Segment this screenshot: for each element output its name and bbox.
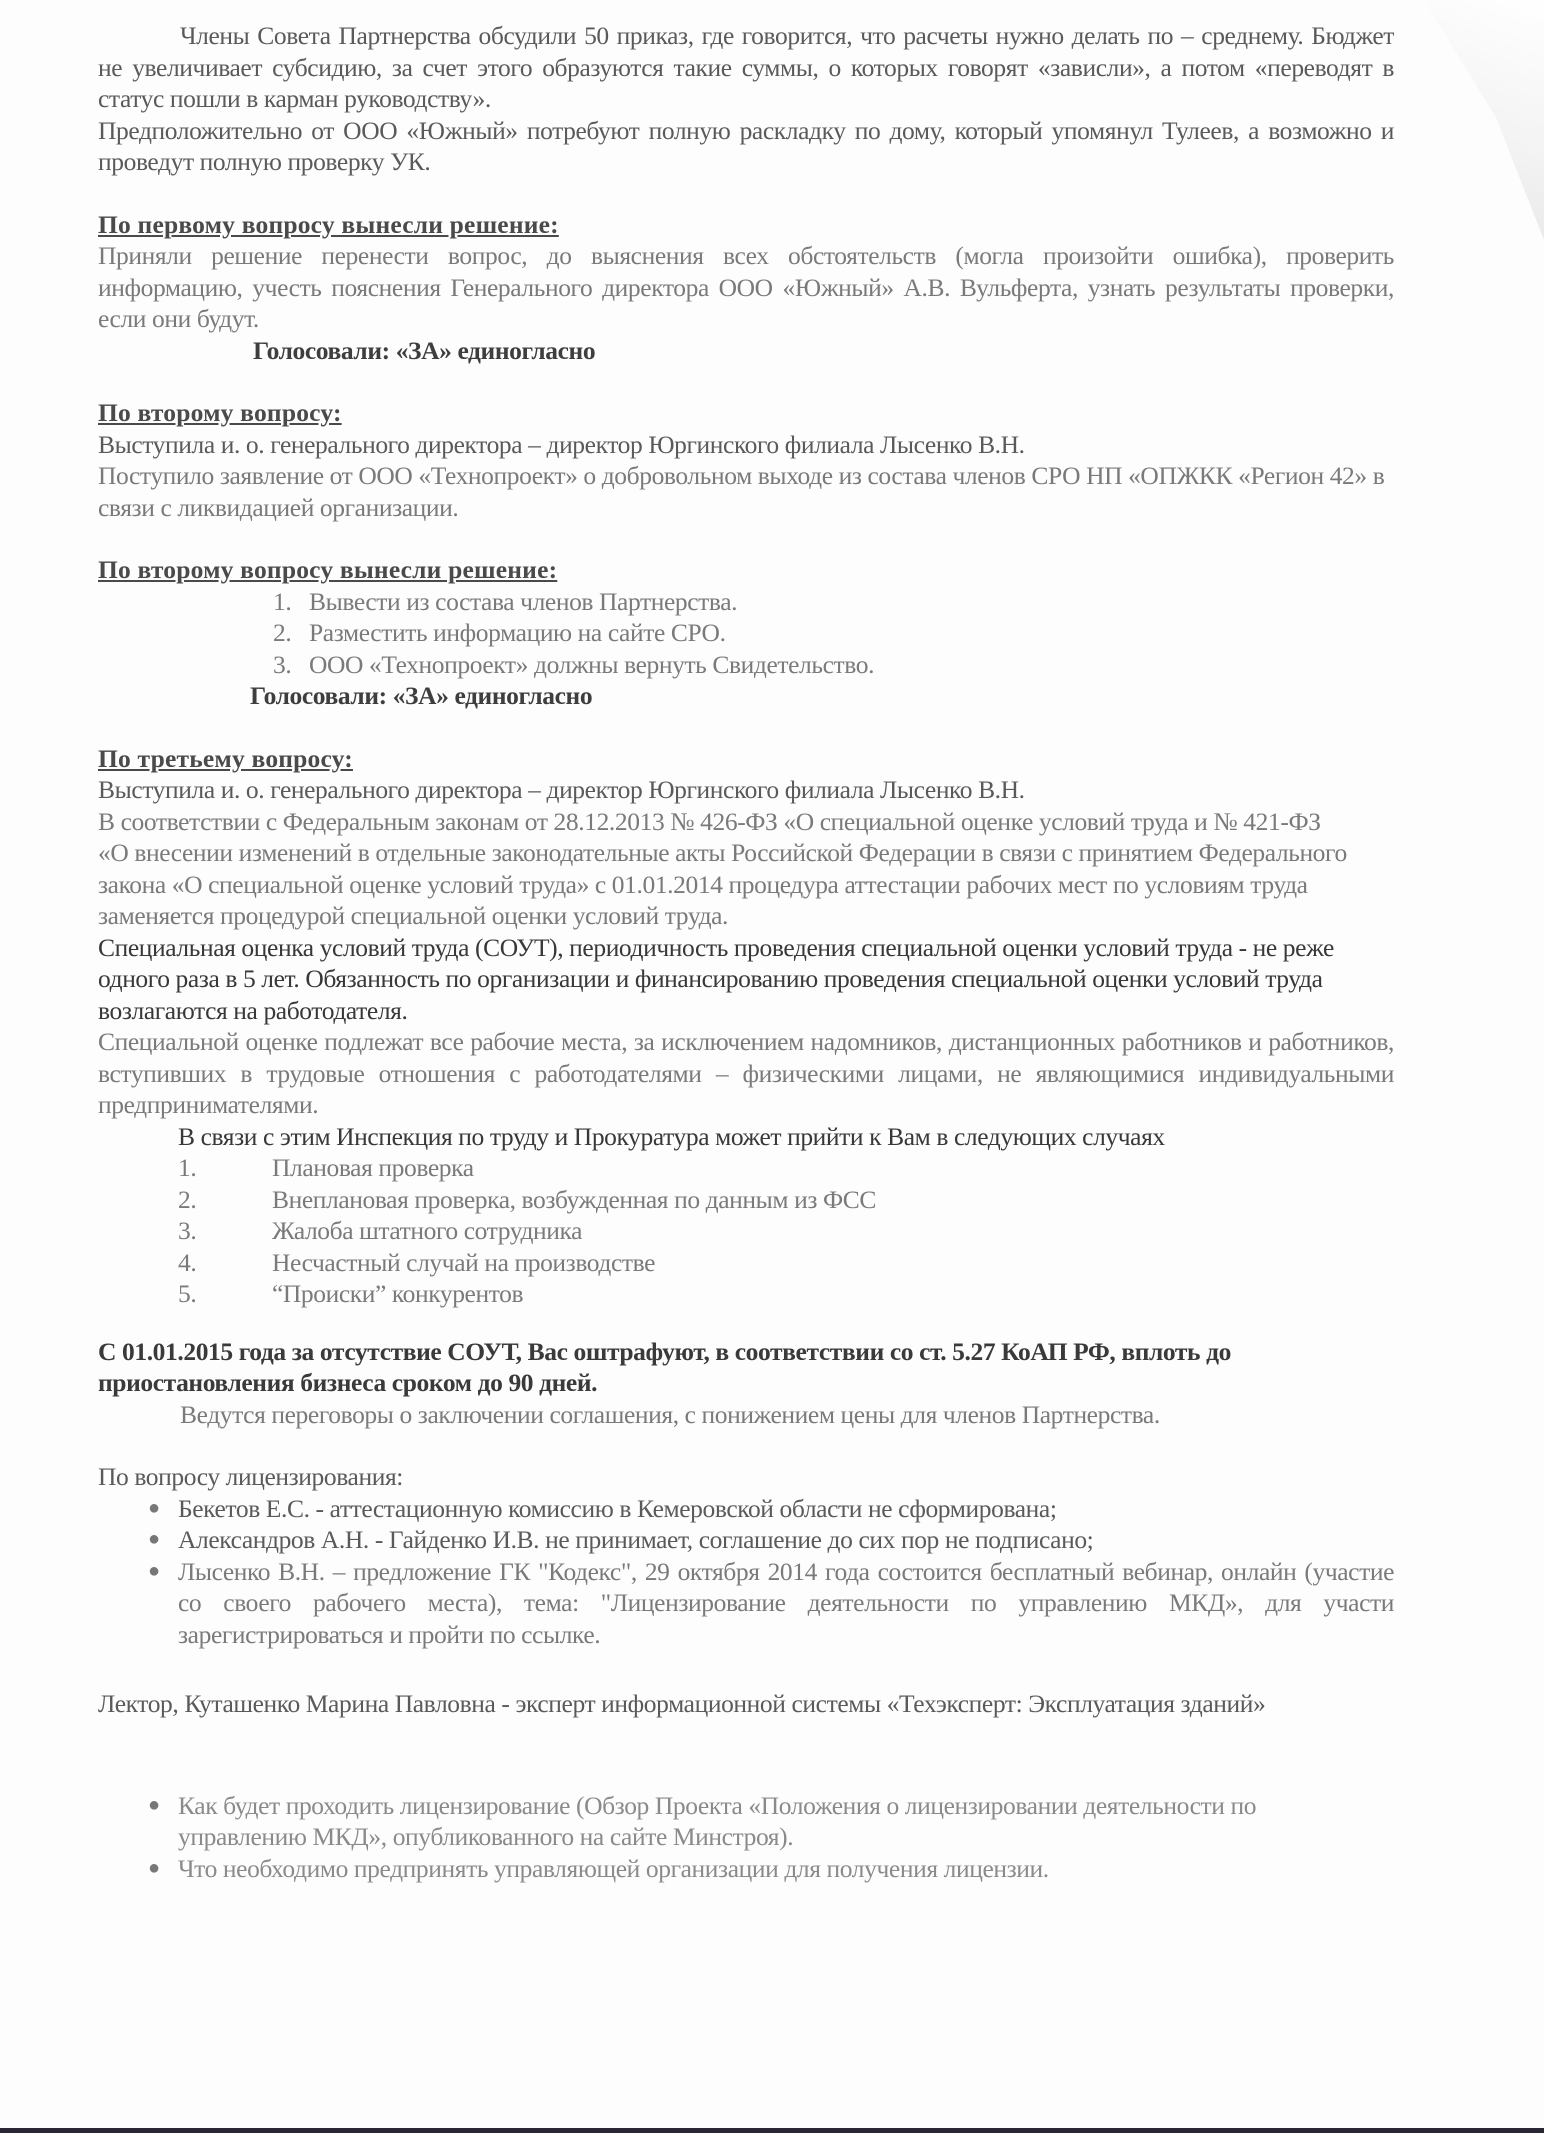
list-item: ●Как будет проходить лицензирование (Обз… xyxy=(98,1790,1394,1853)
lecture-topics-list: ●Как будет проходить лицензирование (Обз… xyxy=(98,1790,1394,1885)
q1-decision-text: Приняли решение перенести вопрос, до выя… xyxy=(98,240,1394,335)
q2-decision-list: 1.Вывести из состава членов Партнерства.… xyxy=(98,586,1394,681)
list-item: ●Лысенко В.Н. – предложение ГК "Кодекс",… xyxy=(98,1556,1394,1651)
q1-vote-result: Голосовали: «ЗА» единогласно xyxy=(98,335,1394,367)
bullet-icon: ● xyxy=(148,1524,160,1556)
bullet-icon: ● xyxy=(148,1493,160,1525)
scanned-page: Члены Совета Партнерства обсудили 50 при… xyxy=(0,0,1544,2135)
bullet-icon: ● xyxy=(148,1853,160,1885)
page-corner-curl xyxy=(1424,0,1544,240)
negotiations-text: Ведутся переговоры о заключении соглашен… xyxy=(98,1399,1394,1431)
inspection-cases-list: 1.Плановая проверка 2.Внеплановая провер… xyxy=(98,1152,1394,1310)
list-item: ●Александров А.Н. - Гайденко И.В. не при… xyxy=(98,1524,1394,1556)
q3-law-text: В соответствии с Федеральным законам от … xyxy=(98,806,1394,932)
document-body: Члены Совета Партнерства обсудили 50 при… xyxy=(98,18,1394,1884)
list-item: 5.“Происки” конкурентов xyxy=(178,1278,1394,1310)
q3-heading: По третьему вопросу: xyxy=(98,743,1394,775)
intro-paragraph-2: Предположительно от ООО «Южный» потребую… xyxy=(98,115,1394,178)
list-item: 2.Разместить информацию на сайте СРО. xyxy=(273,617,1394,649)
list-item: 3.Жалоба штатного сотрудника xyxy=(178,1215,1394,1247)
q3-speaker: Выступила и. о. генерального директора –… xyxy=(98,774,1394,806)
q3-sout-text: Специальная оценка условий труда (СОУТ),… xyxy=(98,932,1394,1027)
fine-warning: С 01.01.2015 года за отсутствие СОУТ, Ва… xyxy=(98,1336,1394,1399)
bullet-icon: ● xyxy=(148,1790,160,1822)
licensing-list: ●Бекетов Е.С. - аттестационную комиссию … xyxy=(98,1493,1394,1651)
list-item: 4.Несчастный случай на производстве xyxy=(178,1247,1394,1279)
page-bottom-edge xyxy=(0,2128,1544,2133)
list-item: 2.Внеплановая проверка, возбужденная по … xyxy=(178,1184,1394,1216)
list-item: 3.ООО «Технопроект» должны вернуть Свиде… xyxy=(273,649,1394,681)
list-item: ●Что необходимо предпринять управляющей … xyxy=(98,1853,1394,1885)
q2-decision-heading: По второму вопросу вынесли решение: xyxy=(98,554,1394,586)
q3-scope-text: Специальной оценке подлежат все рабочие … xyxy=(98,1026,1394,1121)
q1-decision-heading: По первому вопросу вынесли решение: xyxy=(98,209,1394,241)
intro-paragraph-1: Члены Совета Партнерства обсудили 50 при… xyxy=(98,20,1394,115)
q2-text: Поступило заявление от ООО «Технопроект»… xyxy=(98,460,1394,523)
list-item: 1.Вывести из состава членов Партнерства. xyxy=(273,586,1394,618)
bullet-icon: ● xyxy=(148,1556,160,1588)
q2-speaker: Выступила и. о. генерального директора –… xyxy=(98,429,1394,461)
q2-vote-result: Голосовали: «ЗА» единогласно xyxy=(98,680,1394,712)
licensing-heading: По вопросу лицензирования: xyxy=(98,1461,1394,1493)
list-item: 1.Плановая проверка xyxy=(178,1152,1394,1184)
lecturer-text: Лектор, Куташенко Марина Павловна - эксп… xyxy=(98,1688,1394,1720)
q2-heading: По второму вопросу: xyxy=(98,397,1394,429)
list-item: ●Бекетов Е.С. - аттестационную комиссию … xyxy=(98,1493,1394,1525)
q3-inspection-intro: В связи с этим Инспекция по труду и Прок… xyxy=(98,1121,1394,1153)
